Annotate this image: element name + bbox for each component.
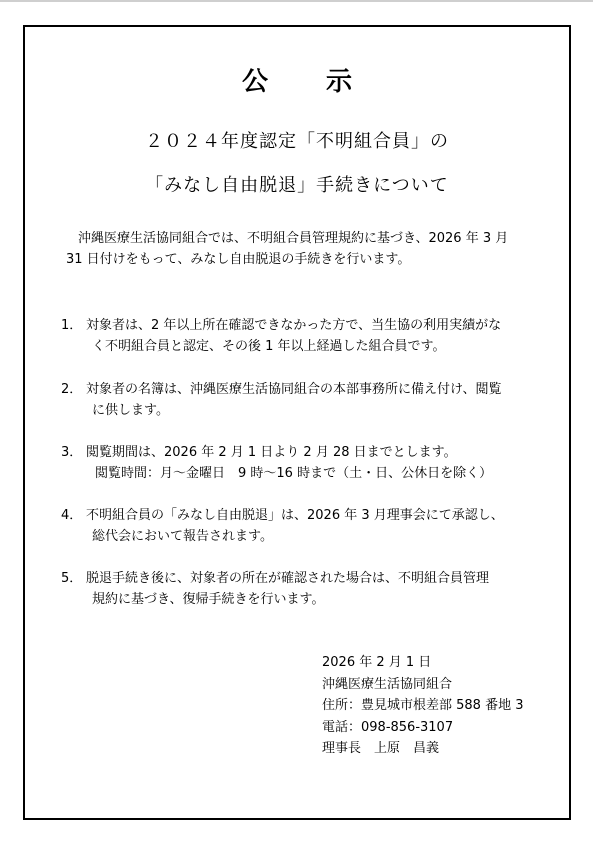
intro-line-2: 31 日付けをもって、みなし自由脱退の手続きを行います。 bbox=[66, 249, 536, 270]
signature-phone: 電話：098-856-3107 bbox=[322, 717, 562, 739]
intro-paragraph: 沖縄医療生活協同組合では、不明組合員管理規約に基づき、2026 年 3 月 31… bbox=[66, 228, 536, 270]
signature-date: 2026 年 2 月 1 日 bbox=[322, 652, 562, 674]
item-line-1: 対象者は、2 年以上所在確認できなかった方で、当生協の利用実績がな bbox=[86, 318, 501, 333]
item-number: 3． bbox=[61, 442, 86, 463]
item-line-2: 総代会において報告されます。 bbox=[61, 526, 551, 547]
item-number: 2． bbox=[61, 379, 86, 400]
item-number: 5． bbox=[61, 568, 86, 589]
list-item: 4．不明組合員の「みなし自由脱退」は、2026 年 3 月理事会にて承認し、 総… bbox=[61, 505, 551, 547]
item-line-1: 不明組合員の「みなし自由脱退」は、2026 年 3 月理事会にて承認し、 bbox=[86, 508, 504, 523]
subtitle-line-2: 「みなし自由脱退」手続きについて bbox=[25, 175, 569, 197]
page-top-rule bbox=[0, 0, 593, 2]
signature-block: 2026 年 2 月 1 日 沖縄医療生活協同組合 住所：豊見城市根差部 588… bbox=[322, 652, 562, 760]
item-line-1: 閲覧期間は、2026 年 2 月 1 日より 2 月 28 日までとします。 bbox=[86, 445, 457, 460]
item-line-1: 脱退手続き後に、対象者の所在が確認された場合は、不明組合員管理 bbox=[86, 571, 489, 586]
title-char-2: 示 bbox=[326, 67, 352, 97]
list-item: 5．脱退手続き後に、対象者の所在が確認された場合は、不明組合員管理 規約に基づき… bbox=[61, 568, 551, 610]
list-item: 2．対象者の名簿は、沖縄医療生活協同組合の本部事務所に備え付け、閲覧 に供します… bbox=[61, 379, 551, 421]
item-line-1: 対象者の名簿は、沖縄医療生活協同組合の本部事務所に備え付け、閲覧 bbox=[86, 382, 501, 397]
item-line-2: 規約に基づき、復帰手続きを行います。 bbox=[61, 589, 551, 610]
subtitle-line-1: ２０２４年度認定「不明組合員」の bbox=[25, 131, 569, 153]
item-number: 1． bbox=[61, 315, 86, 336]
title-char-1: 公 bbox=[242, 67, 268, 97]
item-number: 4． bbox=[61, 505, 86, 526]
list-item: 3．閲覧期間は、2026 年 2 月 1 日より 2 月 28 日までとします。… bbox=[61, 442, 551, 484]
signature-organization: 沖縄医療生活協同組合 bbox=[322, 674, 562, 696]
list-item: 1．対象者は、2 年以上所在確認できなかった方で、当生協の利用実績がな く不明組… bbox=[61, 315, 551, 357]
item-line-2: 閲覧時間：月～金曜日 9 時～16 時まで（土・日、公休日を除く） bbox=[61, 463, 551, 484]
intro-line-1: 沖縄医療生活協同組合では、不明組合員管理規約に基づき、2026 年 3 月 bbox=[66, 228, 536, 249]
item-line-2: に供します。 bbox=[61, 400, 551, 421]
notice-title: 公示 bbox=[25, 68, 569, 96]
notice-frame: 公示 ２０２４年度認定「不明組合員」の 「みなし自由脱退」手続きについて 沖縄医… bbox=[23, 25, 571, 820]
signature-address: 住所：豊見城市根差部 588 番地 3 bbox=[322, 695, 562, 717]
item-line-2: く不明組合員と認定、その後 1 年以上経過した組合員です。 bbox=[61, 336, 551, 357]
signature-representative: 理事長 上原 昌義 bbox=[322, 738, 562, 760]
